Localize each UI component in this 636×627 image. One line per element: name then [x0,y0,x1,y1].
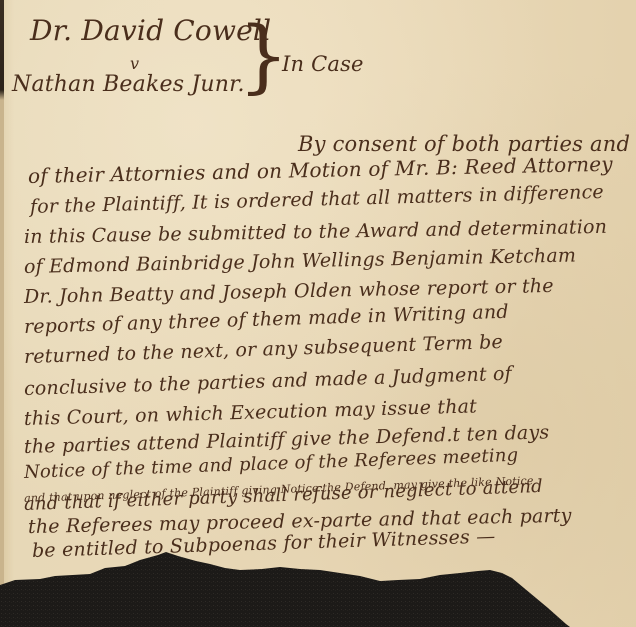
torn-blackout-region [0,0,636,627]
document-page: Dr. David Cowell v Nathan Beakes Junr. }… [0,0,636,627]
